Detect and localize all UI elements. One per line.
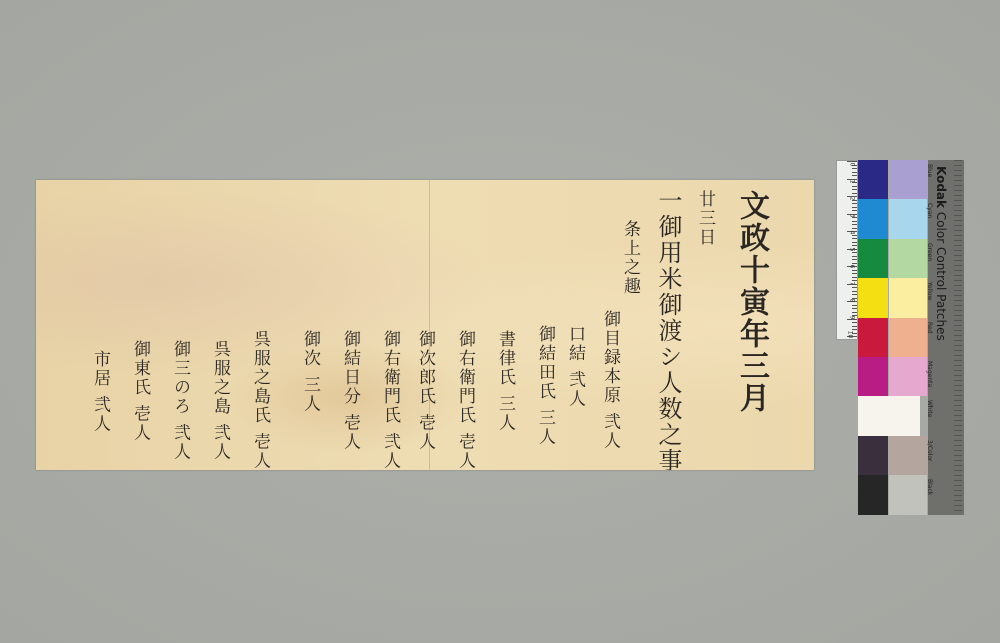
ruler-tick [852,291,857,292]
patch-3-color-light [889,436,927,475]
ruler-number: 4 [849,231,856,235]
document-column: 御結日分 壱人 [341,330,358,451]
patch-magenta-light [889,357,927,396]
ruler-number: 3 [849,214,856,218]
ruler-number: 10 [847,331,854,339]
ruler-tick [852,326,857,327]
ruler-tick [852,207,857,208]
document-column: 呉服之島 弐人 [211,340,228,461]
patch-3-color-dark [858,436,888,475]
ruler-tick [852,172,857,173]
ruler-tick [852,305,857,306]
ruler-tick [852,168,857,169]
ruler: 012345678910 [836,160,858,340]
handwritten-document: 文政十寅年三月廿三日一御用米御渡シ人数之事条上之趣御目録本原 弐人口結 弐人御結… [36,180,814,470]
patch-cyan-light [889,199,927,238]
document-column: 条上之趣 [621,220,638,296]
ruler-tick [852,277,857,278]
patch-blue-dark [858,160,888,199]
ruler-number: 8 [849,299,856,303]
document-column: 口結 弐人 [566,325,583,408]
ruler-tick [852,175,857,176]
patch-blue-light [889,160,927,199]
ruler-tick [852,308,857,309]
patch-red-dark [858,318,888,357]
ruler-tick [852,203,857,204]
document-column: 文政十寅年三月 [736,190,766,414]
ruler-tick [852,228,857,229]
ruler-tick [852,294,857,295]
document-column: 御次 三人 [301,330,318,413]
patch-black-dark [858,475,888,514]
patch-magenta-dark [858,357,888,396]
ruler-tick [852,270,857,271]
ruler-tick [852,210,857,211]
patch-yellow-dark [858,278,888,317]
ruler-tick [852,235,857,236]
ruler-tick [852,322,857,323]
ruler-tick [852,193,857,194]
document-column: 御結田氏 三人 [536,325,553,446]
chart-scale [954,160,962,515]
document-column: 御次郎氏 壱人 [416,330,433,451]
ruler-tick [852,186,857,187]
patch-label: Magenta [926,361,933,387]
patch-cyan-dark [858,199,888,238]
document-column: 書律氏 三人 [496,330,513,432]
ruler-tick [852,263,857,264]
ruler-tick [852,312,857,313]
document-column: 一御用米御渡シ人数之事 [656,188,680,470]
patch-label: Black [926,479,933,495]
patch-yellow-light [889,278,927,317]
patch-green-dark [858,239,888,278]
ruler-tick [852,273,857,274]
ruler-tick [852,259,857,260]
ruler-tick [852,287,857,288]
ruler-number: 5 [849,248,856,252]
patch-label: White [926,400,933,417]
patch-white-dark [858,396,920,435]
document-column: 御目録本原 弐人 [601,310,618,450]
ruler-tick [852,256,857,257]
document-column: 御右衛門氏 弐人 [381,330,398,470]
ruler-tick [852,252,857,253]
patch-black-light [889,475,927,514]
patch-label: Yellow [926,282,933,300]
kodak-color-chart: 012345678910 Kodak Color Control Patches… [836,160,964,515]
document-column: 市居 弐人 [91,350,108,433]
ruler-tick [852,242,857,243]
document-column: 御東氏 壱人 [131,340,148,442]
chart-label-strip: Kodak Color Control Patches BlueCyanGree… [928,160,964,515]
patch-label: Cyan [926,203,933,218]
ruler-tick [852,224,857,225]
ruler-number: 6 [849,265,856,269]
ruler-number: 1 [849,180,856,184]
document-column: 呉服之島氏 壱人 [251,330,268,470]
ruler-number: 0 [849,163,856,167]
patch-label: Green [926,243,933,261]
patch-label: 3/Color [926,440,933,462]
document-column: 御右衛門氏 壱人 [456,330,473,470]
patch-label: Red [926,322,933,333]
patch-label: Blue [926,164,933,177]
chart-title: Kodak Color Control Patches [934,166,948,341]
ruler-number: 2 [849,197,856,201]
patch-red-light [889,318,927,357]
patch-green-light [889,239,927,278]
ruler-tick [852,245,857,246]
ruler-number: 9 [849,316,856,320]
ruler-tick [852,238,857,239]
document-column: 御三のろ 弐人 [171,340,188,461]
document-column: 廿三日 [696,190,713,247]
ruler-tick [852,221,857,222]
ruler-tick [852,189,857,190]
ruler-number: 7 [849,282,856,286]
